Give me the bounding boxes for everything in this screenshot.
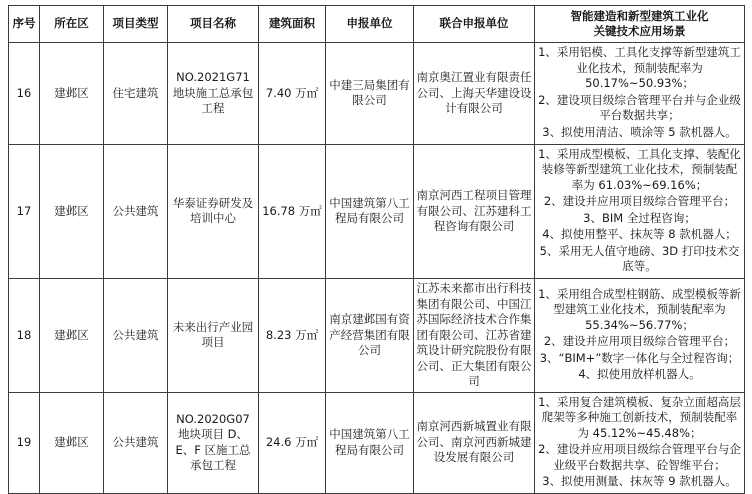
scenario-item: 3、BIM 全过程咨询； [537,211,742,227]
cell-joint: 江苏未来都市出行科技集团有限公司、中国江苏国际经济技术合作集团有限公司、江苏省建… [414,279,535,393]
cell-scenario: 1、采用铝模、工具化支撑等新型建筑工业化技术，预制装配率为 50.17%~50.… [535,42,745,144]
cell-project-name: 未来出行产业园项目 [168,279,259,393]
cell-scenario: 1、采用复合建筑模板、复杂立面超高层爬架等多种施工创新技术，预制装配率为 45.… [535,392,745,455]
projects-table: 序号 所在区 项目类型 项目名称 建筑面积 申报单位 联合申报单位 智能建造和新… [8,5,745,455]
scenario-item: 4、拟使用整平、抹灰等 8 款机器人； [537,227,742,243]
cell-district: 建邺区 [40,279,104,393]
cell-applicant: 中国建筑第八工程局有限公司 [326,392,414,455]
table-row: 17 建邺区 公共建筑 华泰证券研发及培训中心 16.78 万㎡ 中国建筑第八工… [9,144,745,278]
cell-joint: 南京奥江置业有限责任公司、上海天华建设设计有限公司 [414,42,535,144]
scenario-item: 5、采用无人值守地磅、3D 打印技术交底等。 [537,244,742,275]
cell-district: 建邺区 [40,392,104,455]
cell-area: 16.78 万㎡ [259,144,326,278]
cell-type: 公共建筑 [104,392,168,455]
header-type: 项目类型 [104,6,168,43]
scenario-item: 2、建设并应用项目级综合管理平台； [537,194,742,210]
header-seq: 序号 [9,6,40,43]
cell-project-name: NO.2020G07 地块项目 D、E、F 区施工总承包工程 [168,392,259,455]
cell-scenario: 1、采用成型模板、工具化支撑、装配化装修等新型建筑工业化技术，预制装配率为 61… [535,144,745,278]
cell-applicant: 中国建筑第八工程局有限公司 [326,144,414,278]
scenario-item: 1、采用组合成型柱钢筋、成型模板等新型建筑工业化技术，预制装配率为 55.34%… [537,287,742,334]
cell-type: 公共建筑 [104,279,168,393]
cell-joint: 南京河西新城置业有限公司、南京河西新城建设发展有限公司 [414,392,535,455]
header-scenario: 智能建造和新型建筑工业化 关键技术应用场景 [535,6,745,43]
cell-project-name: NO.2021G71 地块施工总承包工程 [168,42,259,144]
header-area: 建筑面积 [259,6,326,43]
cell-area: 8.23 万㎡ [259,279,326,393]
header-applicant: 申报单位 [326,6,414,43]
cell-scenario: 1、采用组合成型柱钢筋、成型模板等新型建筑工业化技术，预制装配率为 55.34%… [535,279,745,393]
cell-district: 建邺区 [40,42,104,144]
scenario-item: 3、拟使用清洁、喷涂等 5 款机器人。 [537,125,742,141]
header-district: 所在区 [40,6,104,43]
cell-area: 24.6 万㎡ [259,392,326,455]
table-header-row: 序号 所在区 项目类型 项目名称 建筑面积 申报单位 联合申报单位 智能建造和新… [9,6,745,43]
cell-type: 住宅建筑 [104,42,168,144]
cell-area: 7.40 万㎡ [259,42,326,144]
scenario-item: 2、建设并应用项目级综合管理平台； [537,334,742,350]
table-row: 18 建邺区 公共建筑 未来出行产业园项目 8.23 万㎡ 南京建邺国有资产经营… [9,279,745,393]
table-row: 19 建邺区 公共建筑 NO.2020G07 地块项目 D、E、F 区施工总承包… [9,392,745,455]
cell-type: 公共建筑 [104,144,168,278]
cell-applicant: 中建三局集团有限公司 [326,42,414,144]
cell-joint: 南京河西工程项目管理有限公司、江苏建科工程咨询有限公司 [414,144,535,278]
scenario-item: 2、建设并应用项目级综合管理平台与企业级平台数据共享、砼智维平台； [537,442,742,455]
scenario-item: 2、建设项目级综合管理平台并与企业级平台数据共享； [537,93,742,124]
header-name: 项目名称 [168,6,259,43]
cell-project-name: 华泰证券研发及培训中心 [168,144,259,278]
cell-district: 建邺区 [40,144,104,278]
scenario-item: 3、“BIM+”数字一体化与全过程咨询； [537,351,742,367]
scenario-item: 4、拟使用放样机器人。 [537,367,742,383]
cell-applicant: 南京建邺国有资产经营集团有限公司 [326,279,414,393]
scenario-item: 1、采用铝模、工具化支撑等新型建筑工业化技术，预制装配率为 50.17%~50.… [537,45,742,92]
table-row: 16 建邺区 住宅建筑 NO.2021G71 地块施工总承包工程 7.40 万㎡… [9,42,745,144]
header-joint: 联合申报单位 [414,6,535,43]
cell-seq: 17 [9,144,40,278]
cell-seq: 18 [9,279,40,393]
scenario-item: 1、采用成型模板、工具化支撑、装配化装修等新型建筑工业化技术，预制装配率为 61… [537,147,742,194]
cell-seq: 16 [9,42,40,144]
document-page: 序号 所在区 项目类型 项目名称 建筑面积 申报单位 联合申报单位 智能建造和新… [8,5,745,455]
scenario-item: 1、采用复合建筑模板、复杂立面超高层爬架等多种施工创新技术，预制装配率为 45.… [537,395,742,442]
cell-seq: 19 [9,392,40,455]
